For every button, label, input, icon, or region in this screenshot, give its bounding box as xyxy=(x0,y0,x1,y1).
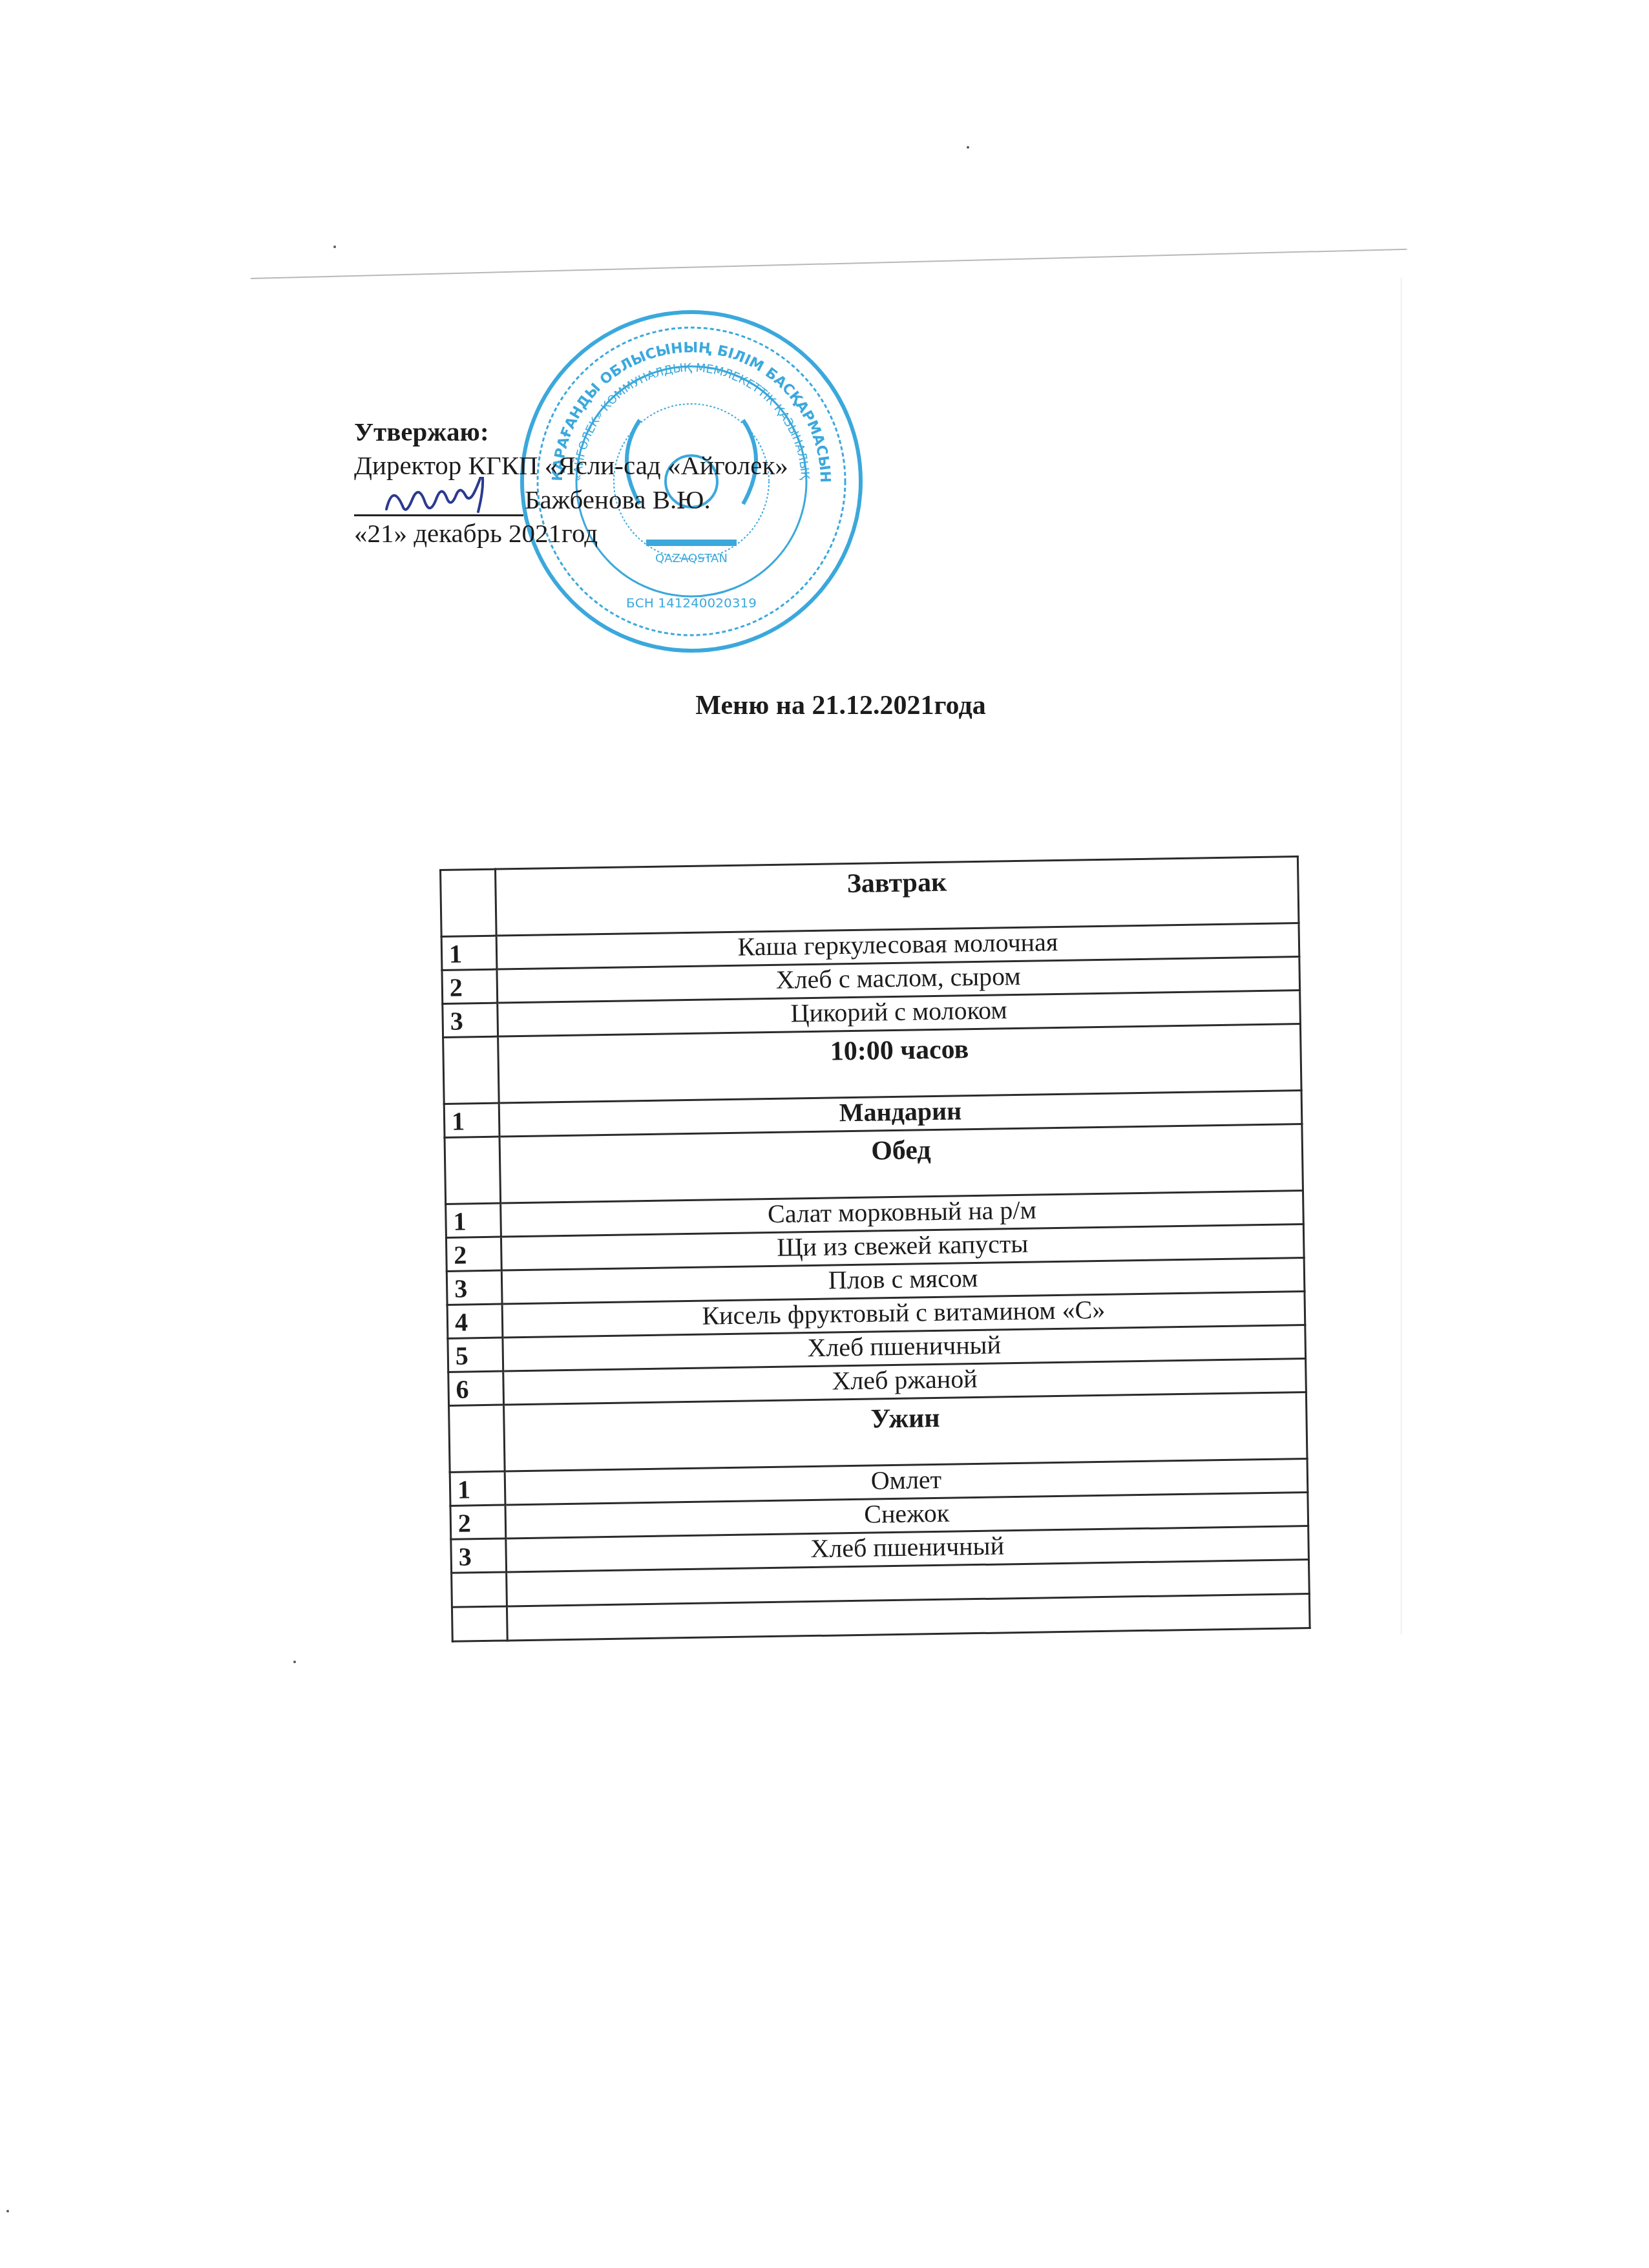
item-number: 5 xyxy=(448,1338,503,1372)
scan-speck xyxy=(6,2210,9,2212)
row-number-cell xyxy=(443,1036,499,1104)
item-number: 1 xyxy=(441,936,497,970)
section-heading: Обед xyxy=(501,1131,1301,1170)
section-heading: Завтрак xyxy=(496,864,1297,902)
section-heading-cell: 10:00 часов xyxy=(498,1024,1301,1103)
scan-speck xyxy=(333,246,336,248)
row-number-cell xyxy=(441,869,497,936)
item-number: 2 xyxy=(442,969,498,1003)
item-number: 2 xyxy=(450,1505,506,1539)
approval-heading: Утвержаю: xyxy=(354,415,788,448)
scan-speck xyxy=(967,146,969,149)
item-number: 4 xyxy=(447,1304,503,1338)
row-number-cell xyxy=(452,1572,507,1607)
signer-name: Бажбенова В.Ю. xyxy=(525,483,711,516)
section-heading-cell: Обед xyxy=(499,1124,1303,1203)
item-number: 3 xyxy=(443,1003,498,1037)
item-number: 3 xyxy=(446,1270,502,1305)
section-heading: Ужин xyxy=(505,1400,1305,1438)
row-number-cell xyxy=(452,1606,507,1641)
signature-line: Бажбенова В.Ю. xyxy=(354,483,788,516)
item-number: 3 xyxy=(451,1538,507,1573)
svg-text:QAZAQSTAN: QAZAQSTAN xyxy=(655,552,728,565)
menu-title: Меню на 21.12.2021года xyxy=(0,690,1649,721)
scanned-page-edge-right xyxy=(1401,278,1402,1635)
approval-block: Утвержаю: Директор КГКП «Ясли-сад «Айгол… xyxy=(354,415,788,551)
section-heading-cell: Ужин xyxy=(504,1392,1307,1471)
item-number: 6 xyxy=(448,1371,504,1405)
scanned-page-edge xyxy=(251,249,1407,279)
menu-table: Завтрак1Каша геркулесовая молочная2Хлеб … xyxy=(439,856,1311,1643)
signature-field xyxy=(354,488,523,516)
svg-text:БСН 141240020319: БСН 141240020319 xyxy=(626,595,757,611)
item-number: 2 xyxy=(446,1237,501,1271)
row-number-cell xyxy=(449,1405,505,1472)
menu-table-wrapper: Завтрак1Каша геркулесовая молочная2Хлеб … xyxy=(439,856,1311,1643)
section-heading: 10:00 часов xyxy=(499,1031,1299,1069)
item-number: 1 xyxy=(444,1103,499,1137)
scan-speck xyxy=(293,1661,296,1663)
section-heading-cell: Завтрак xyxy=(496,857,1299,936)
signature-icon xyxy=(380,477,522,522)
item-number: 1 xyxy=(450,1471,505,1506)
row-number-cell xyxy=(445,1137,501,1204)
item-number: 1 xyxy=(446,1203,501,1237)
